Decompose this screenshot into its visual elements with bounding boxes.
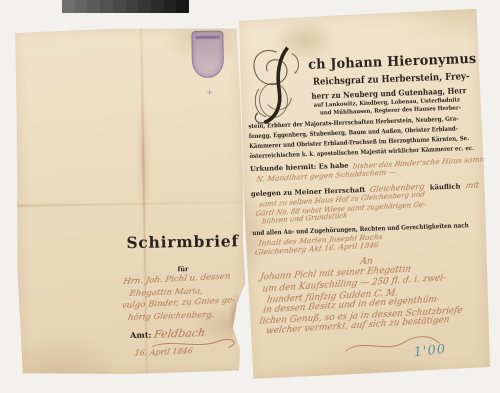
heading-line: ch Johann Hieronymus [308, 51, 477, 73]
schirmbrief-title: Schirmbrief [125, 231, 241, 252]
historical-document-photo: Schirmbrief für Hrn. Joh. Pichl u. desse… [0, 0, 500, 393]
document-right-page: ch Johann Hieronymus Reichsgraf zu Herbe… [236, 9, 491, 380]
ornate-initial-J-icon [247, 43, 310, 129]
grayscale-calibration-strip [62, 0, 189, 13]
price-mark: 1'00 [413, 342, 447, 360]
amt-line: Amt:Feldbach [130, 327, 205, 341]
stamp-cancel-mark: + [206, 88, 213, 97]
bleedthrough-text-block [59, 110, 221, 132]
kaeuflich-label: käuflich [430, 182, 461, 191]
kaeuflich-handwriting: mit [465, 181, 480, 191]
date-note: 16. April 1846 [134, 347, 194, 358]
document-left-page: Schirmbrief für Hrn. Joh. Pichl u. desse… [13, 25, 247, 377]
revenue-stamp [191, 31, 224, 78]
recipient-line: hörig Gleichenberg. [127, 310, 215, 323]
stamp-inscription [195, 36, 219, 39]
recipient-line: Hrn. Joh. Pichl u. dessen [122, 272, 231, 287]
fold-crease-horizontal [16, 201, 245, 207]
amt-label: Amt: [130, 330, 151, 340]
